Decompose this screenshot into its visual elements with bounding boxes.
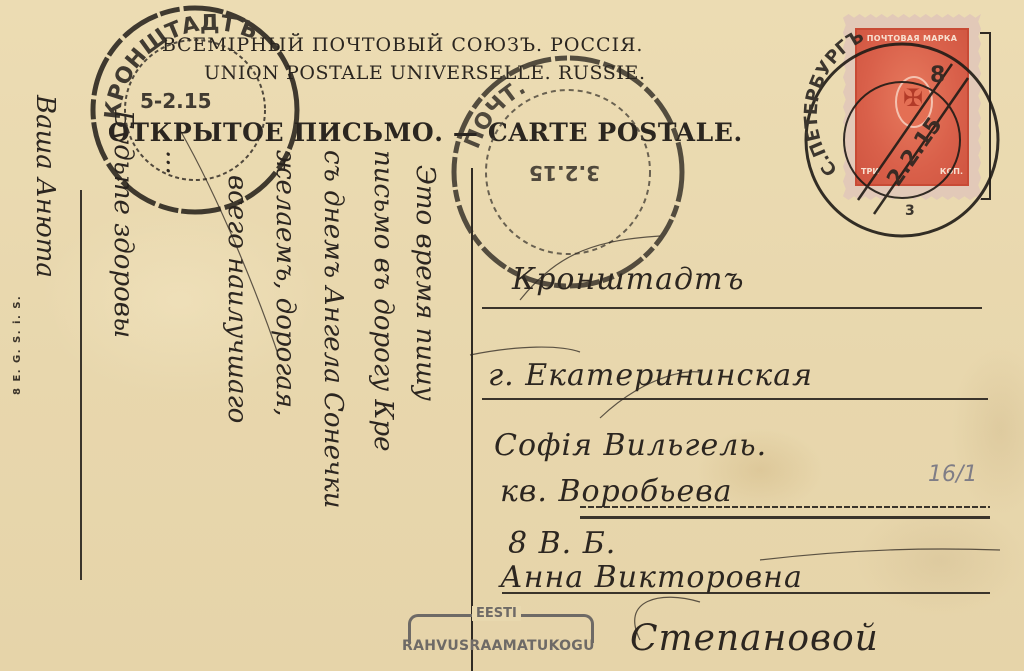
center-divider: [471, 168, 473, 671]
postcard-back: ВСЕМІРНЫЙ ПОЧТОВЫЙ СОЮЗЪ. РОССІЯ. UNION …: [0, 0, 1024, 671]
double-headed-eagle-icon: [895, 76, 933, 128]
stamp-denomination-left: ТРИ: [861, 167, 879, 176]
message-column: Ваша Анюта: [30, 95, 60, 278]
message-column: Будьте здоровы: [108, 110, 138, 338]
address-city: Кронштадтъ: [512, 262, 744, 297]
address-note: 8 В. Б.: [508, 526, 616, 561]
stamp-denomination-right: КОП.: [940, 167, 963, 176]
postage-stamp: ПОЧТОВАЯ МАРКА ТРИ КОП.: [843, 14, 981, 200]
pencil-annotation: 16/1: [928, 462, 977, 487]
kronstadt-postmark-date: 5-2.15: [140, 89, 212, 113]
receiving-postmark: ПОЧТ. 3.2.15: [454, 58, 682, 286]
address-line-1: [482, 307, 982, 309]
header-org-russian: ВСЕМІРНЫЙ ПОЧТОВЫЙ СОЮЗЪ. РОССІЯ.: [162, 34, 643, 56]
message-column: желаемъ, дорогая,: [270, 150, 300, 416]
address-line-2: [482, 398, 988, 400]
address-street: г. Екатерининская: [488, 358, 813, 393]
address-house: Софія Вильгель.: [494, 428, 767, 463]
library-stamp: EESTI RAHVUSRAAMATUKOGU: [402, 606, 592, 662]
message-column: всего наилучшаго: [222, 175, 252, 423]
recipient-name: Анна Викторовна: [500, 560, 803, 595]
header-org-french: UNION POSTALE UNIVERSELLE. RUSSIE.: [204, 62, 646, 84]
spb-postmark-number: 3: [905, 203, 915, 219]
message-column: письмо въ дорогу Кре: [368, 150, 398, 451]
postcard-title: ОТКРЫТОЕ ПИСЬМО. — CARTE POSTALE.: [108, 118, 743, 147]
publisher-mark: 8 E. G. S. i. S.: [12, 295, 23, 395]
stamp-design: ПОЧТОВАЯ МАРКА ТРИ КОП.: [855, 28, 969, 186]
stamp-top-text: ПОЧТОВАЯ МАРКА: [857, 34, 967, 43]
stamp-box-tick: [980, 32, 990, 34]
receiving-postmark-date: 3.2.15: [529, 161, 600, 185]
library-stamp-top: EESTI: [472, 606, 521, 621]
library-stamp-bottom: RAHVUSRAAMATUKOGU: [402, 638, 595, 654]
message-column: ...: [160, 150, 190, 175]
address-line-3: [580, 516, 990, 519]
address-apartment: кв. Воробьева: [500, 474, 733, 509]
stamp-box-tick: [980, 198, 990, 200]
stamp-box-border: [989, 32, 991, 200]
message-underline: [80, 190, 82, 580]
recipient-surname: Степановой: [630, 618, 879, 659]
stamp-denomination: ТРИ КОП.: [861, 167, 963, 176]
message-column: съ днемъ Ангела Сонечки: [318, 150, 348, 508]
message-column: Это время пишу: [410, 165, 440, 401]
